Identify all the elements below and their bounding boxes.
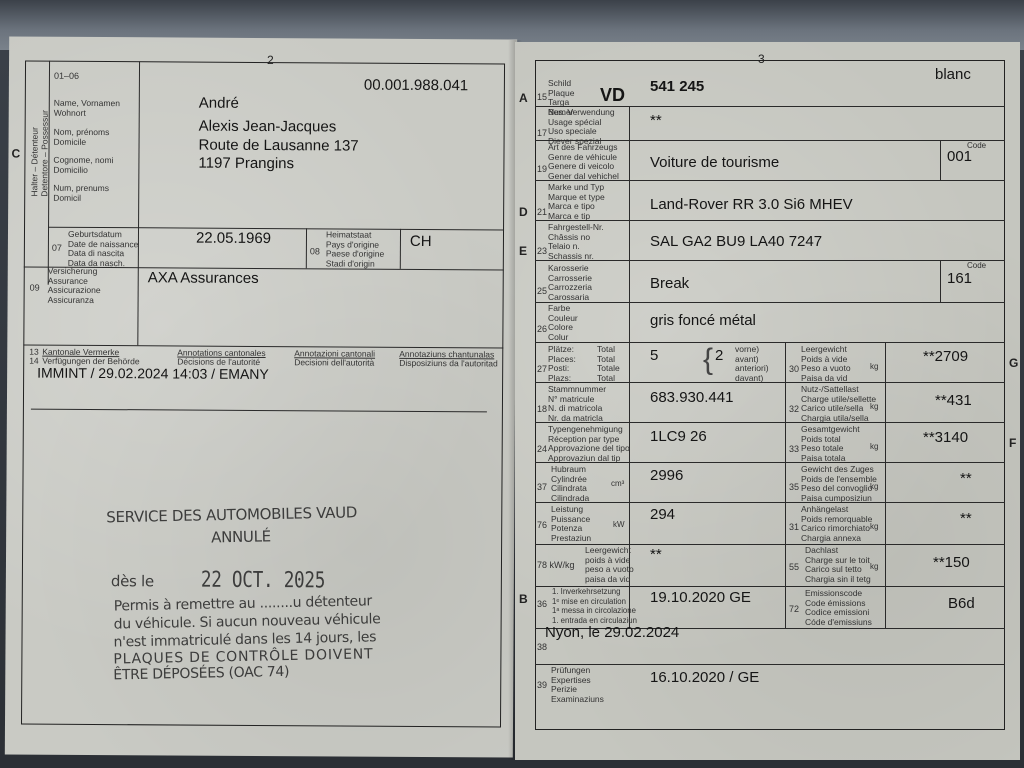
field-number-39: 39	[537, 680, 547, 690]
field-number-37: 37	[537, 482, 547, 492]
label-payload: Nutz-/Sattellast Charge utile/sellette C…	[801, 385, 876, 423]
label-vehicle-kind: Art des Fahrzeugs Genre de véhicule Gene…	[548, 143, 619, 181]
total-weight-value: **3140	[923, 429, 968, 446]
field-number-31: 31	[789, 522, 799, 532]
field-number-36: 36	[537, 599, 547, 609]
field-number-01-06: 01–06	[54, 71, 79, 81]
label-insurance: Versicherung Assurance Assicurazione Ass…	[48, 267, 101, 305]
field-number-26: 26	[537, 324, 547, 334]
plate-number: 541 245	[650, 78, 704, 95]
label-displacement: Hubraum Cylindrée Cilindrata Cilindrada	[551, 465, 589, 503]
special-use-value: **	[650, 112, 662, 129]
master-number-value: 683.930.441	[650, 389, 733, 406]
label-origin: Heimatstaat Pays d'origine Paese d'origi…	[326, 230, 385, 268]
field-number-30: 30	[789, 364, 799, 374]
field-number-15: 15	[537, 92, 547, 102]
field-number-18: 18	[537, 404, 547, 414]
stamp-since-label: dès le	[111, 572, 154, 590]
label-name-fr: Nom, prénoms Domicile	[54, 128, 110, 147]
unit-kg: kg	[870, 522, 878, 531]
type-approval-value: 1LC9 26	[650, 428, 707, 445]
plate-color: blanc	[935, 66, 971, 83]
margin-letter-e: E	[519, 244, 527, 258]
label-first-registration: 1. Inverkehrsetzung 1ᵉ mise en circulati…	[552, 587, 637, 625]
label-name-rm: Num, prenums Domicil	[53, 184, 109, 203]
seats-total-value: 5	[650, 347, 658, 364]
towing-weight-value: **	[960, 510, 972, 527]
field-number-76: 76	[537, 520, 547, 530]
field-number-72: 72	[789, 604, 799, 614]
field-number-25: 25	[537, 286, 547, 296]
brace: {	[703, 345, 713, 375]
vehicle-kind-value: Voiture de tourisme	[650, 154, 779, 171]
inspection-value: 16.10.2020 / GE	[650, 669, 759, 686]
insurance-value: AXA Assurances	[148, 269, 259, 287]
label-body: Karosserie Carrosserie Carrozzeria Caros…	[548, 264, 592, 302]
label-towing-weight: Anhängelast Poids remorquable Carico rim…	[801, 505, 872, 543]
unit-kg: kg	[870, 402, 878, 411]
field-number-24: 24	[537, 444, 547, 454]
unit-kg: kg	[870, 362, 878, 371]
cantonal-annotation-value: IMMINT / 29.02.2024 14:03 / EMANY	[37, 365, 269, 382]
field-number-17: 17	[537, 128, 547, 138]
birthdate-value: 22.05.1969	[196, 230, 271, 247]
stamp-date: 22 OCT. 2025	[201, 568, 325, 594]
empty-weight-value: **2709	[923, 348, 968, 365]
margin-letter-f: F	[1009, 436, 1016, 450]
displacement-value: 2996	[650, 467, 683, 484]
holder-vertical-label: Halter – Détenteur Detentore – Possessur	[30, 110, 50, 197]
label-name-it: Cognome, nomi Domicilio	[53, 156, 113, 175]
label-power: Leistung Puissance Potenza Prestaziun	[551, 505, 591, 543]
holder-surname: André	[199, 95, 239, 112]
field-number-38: 38	[537, 642, 547, 652]
holder-given-names: Alexis Jean-Jacques	[199, 118, 337, 136]
vehicle-kind-code: 001	[947, 148, 972, 165]
field-number-19: 19	[537, 164, 547, 174]
unit-kg: kg	[870, 442, 878, 451]
header-rm-bottom: Disposiziuns da l'autoritad	[399, 359, 498, 369]
unit-kw: kW	[613, 520, 625, 529]
label-empty-weight: Leergewicht Poids à vide Peso a vuoto Pa…	[801, 345, 851, 383]
holder-city: 1197 Prangins	[198, 155, 294, 173]
emission-code-value: B6d	[948, 595, 975, 612]
plate-canton: VD	[600, 85, 625, 106]
power-weight-ratio-value: **	[650, 546, 662, 563]
margin-letter-b: B	[519, 592, 528, 606]
label-seats-front: vorne) avant) anteriori) davant)	[735, 345, 769, 383]
label-chassis: Fahrgestell-Nr. Châssis no Telaio n. Sch…	[548, 223, 604, 261]
power-value: 294	[650, 506, 675, 523]
label-inspections: Prüfungen Expertises Perizie Examinaziun…	[551, 666, 604, 704]
header-it-bottom: Decisioni dell'autorità	[294, 358, 374, 368]
field-number-08: 08	[310, 246, 320, 256]
label-birthdate: Geburtsdatum Date de naissance Data di n…	[68, 230, 139, 268]
field-number-21: 21	[537, 207, 547, 217]
right-page: 3 A D E B G F 15 Schild Plaque Targa Num…	[515, 42, 1020, 760]
left-page: 2 C Halter – Détenteur Detentore – Posse…	[5, 36, 517, 757]
label-seats-total: Total Total Totale Total	[597, 345, 620, 383]
field-number-27: 27	[537, 364, 547, 374]
reference-number: 00.001.988.041	[364, 77, 468, 95]
chassis-value: SAL GA2 BU9 LA40 7247	[650, 233, 822, 250]
label-type-approval: Typengenehmigung Réception par type Appr…	[548, 425, 630, 463]
unit-kg: kg	[870, 482, 878, 491]
holder-street: Route de Lausanne 137	[198, 137, 358, 155]
color-value: gris foncé métal	[650, 312, 756, 329]
body-code: 161	[947, 270, 972, 287]
label-make-type: Marke und Typ Marque et type Marca e tip…	[548, 183, 605, 221]
stamp-cancelled: ANNULÉ	[211, 527, 271, 546]
field-number-78: 78 kW/kg	[537, 560, 575, 570]
make-type-value: Land-Rover RR 3.0 Si6 MHEV	[650, 196, 853, 213]
label-name-de: Name, Vornamen Wohnort	[54, 99, 120, 118]
body-value: Break	[650, 275, 689, 292]
margin-letter-g: G	[1009, 356, 1018, 370]
label-seats: Plätze: Places: Posti: Plazs:	[548, 345, 576, 383]
label-train-weight: Gewicht des Zuges Poids de l'ensemble Pe…	[801, 465, 877, 503]
field-number-32: 32	[789, 404, 799, 414]
train-weight-value: **	[960, 470, 972, 487]
field-number-55: 55	[789, 562, 799, 572]
field-number-33: 33	[789, 444, 799, 454]
margin-letter-d: D	[519, 205, 528, 219]
margin-letter-c: C	[11, 146, 20, 160]
unit-cm3: cm³	[611, 479, 624, 488]
field-number-09: 09	[30, 283, 40, 293]
seats-front-value: 2	[715, 347, 723, 364]
unit-kg: kg	[870, 562, 878, 571]
roof-load-value: **150	[933, 554, 970, 571]
origin-value: CH	[410, 233, 432, 250]
issue-place-date: Nyon, le 29.02.2024	[545, 624, 679, 641]
margin-letter-a: A	[519, 91, 528, 105]
field-number-35: 35	[789, 482, 799, 492]
label-roof-load: Dachlast Charge sur le toit Carico sul t…	[805, 546, 871, 584]
label-total-weight: Gesamtgewicht Poids total Peso totale Pa…	[801, 425, 860, 463]
payload-value: **431	[935, 392, 972, 409]
code-label: Code	[967, 261, 986, 270]
label-emission-code: Emissionscode Code émissions Codice emis…	[805, 589, 872, 627]
label-power-weight-ratio: Leergewicht poids à vide peso a vuoto pa…	[585, 546, 634, 584]
label-master-number: Stammnummer N° matricule N. di matricola…	[548, 385, 606, 423]
label-color: Farbe Couleur Colore Colur	[548, 304, 578, 342]
field-number-23: 23	[537, 246, 547, 256]
field-number-07: 07	[52, 243, 62, 253]
first-registration-value: 19.10.2020 GE	[650, 589, 751, 606]
